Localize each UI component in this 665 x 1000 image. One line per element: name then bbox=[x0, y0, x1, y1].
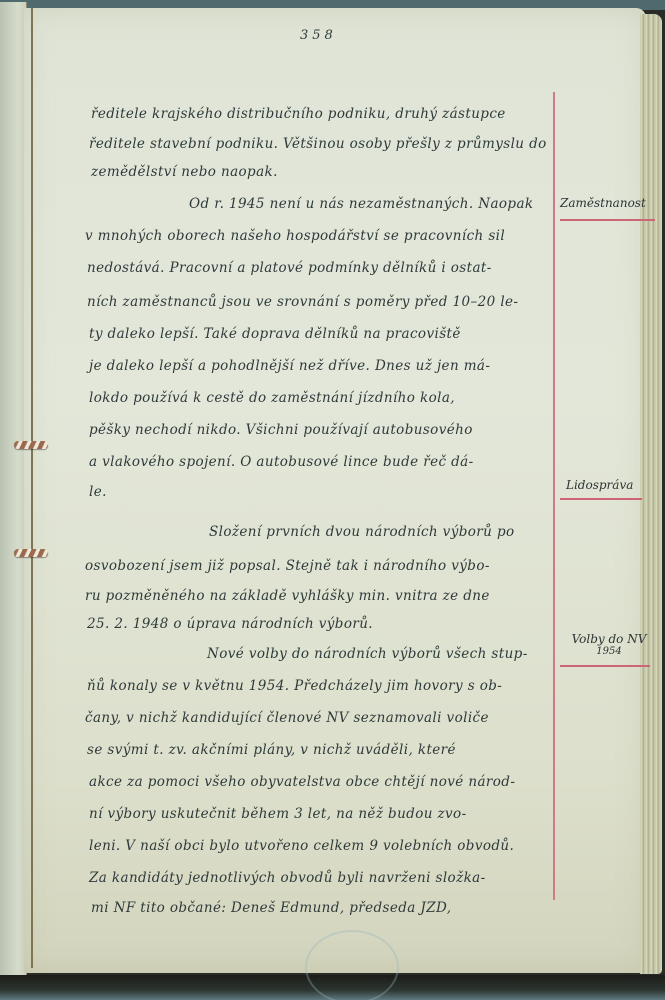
margin-note-public-administration: Lidospráva bbox=[566, 478, 665, 492]
body-line: ní výbory uskutečnit během 3 let, na něž… bbox=[89, 806, 467, 822]
margin-note-text: Lidospráva bbox=[566, 478, 665, 492]
margin-note-elections: Volby do NV 1954 bbox=[566, 632, 652, 657]
body-line: le. bbox=[89, 484, 107, 500]
faint-stamp-mark bbox=[305, 930, 399, 1000]
previous-page-edge bbox=[0, 2, 27, 977]
body-line: lokdo používá k cestě do zaměstnání jízd… bbox=[89, 390, 455, 406]
body-line: je daleko lepší a pohodlnější než dříve.… bbox=[89, 358, 490, 374]
binding-thread-lower bbox=[14, 549, 48, 557]
margin-note-underline bbox=[560, 219, 655, 221]
body-line: leni. V naší obci bylo utvořeno celkem 9… bbox=[89, 838, 514, 854]
body-line: ních zaměstnanců jsou ve srovnání s pomě… bbox=[87, 294, 518, 310]
body-line: ňů konaly se v květnu 1954. Předcházely … bbox=[87, 678, 502, 694]
body-line: Za kandidáty jednotlivých obvodů byli na… bbox=[89, 870, 486, 886]
margin-note-text: Zaměstnanost bbox=[560, 196, 660, 210]
body-line: osvobození jsem již popsal. Stejně tak i… bbox=[85, 558, 490, 574]
body-line: akce za pomoci všeho obyvatelstva obce c… bbox=[89, 774, 515, 790]
spine-fold bbox=[31, 8, 33, 968]
body-line: a vlakového spojení. O autobusové lince … bbox=[89, 454, 474, 470]
body-line: čany, v nichž kandidující členové NV sez… bbox=[85, 710, 489, 726]
margin-rule bbox=[553, 92, 555, 900]
binding-thread-upper bbox=[14, 441, 48, 449]
margin-note-underline bbox=[560, 665, 650, 667]
body-line: pěšky nechodí nikdo. Všichni používají a… bbox=[89, 422, 473, 438]
body-line: 25. 2. 1948 o úprava národních výborů. bbox=[87, 616, 373, 632]
body-line: Nové volby do národních výborů všech stu… bbox=[207, 646, 528, 662]
body-line: mi NF tito občané: Deneš Edmund, předsed… bbox=[91, 900, 451, 916]
body-line: v mnohých oborech našeho hospodářství se… bbox=[85, 228, 505, 244]
margin-note-text: Volby do NV bbox=[566, 632, 652, 646]
margin-note-employment: Zaměstnanost bbox=[560, 196, 660, 210]
body-line: ředitele stavební podniku. Většinou osob… bbox=[89, 136, 547, 152]
body-line: Od r. 1945 není u nás nezaměstnaných. Na… bbox=[189, 196, 534, 212]
body-line: Složení prvních dvou národních výborů po bbox=[209, 524, 515, 540]
body-line: ru pozměněného na základě vyhlášky min. … bbox=[85, 588, 490, 604]
page-number: 358 bbox=[300, 28, 337, 43]
body-line: zemědělství nebo naopak. bbox=[91, 164, 278, 180]
body-line: ty daleko lepší. Také doprava dělníků na… bbox=[89, 326, 461, 342]
margin-note-underline bbox=[560, 498, 642, 500]
body-line: nedostává. Pracovní a platové podmínky d… bbox=[87, 260, 492, 276]
body-line: ředitele krajského distribučního podniku… bbox=[91, 106, 506, 122]
body-line: se svými t. zv. akčními plány, v nichž u… bbox=[87, 742, 456, 758]
page-stack-edge bbox=[640, 14, 662, 974]
margin-note-text: 1954 bbox=[566, 646, 652, 657]
